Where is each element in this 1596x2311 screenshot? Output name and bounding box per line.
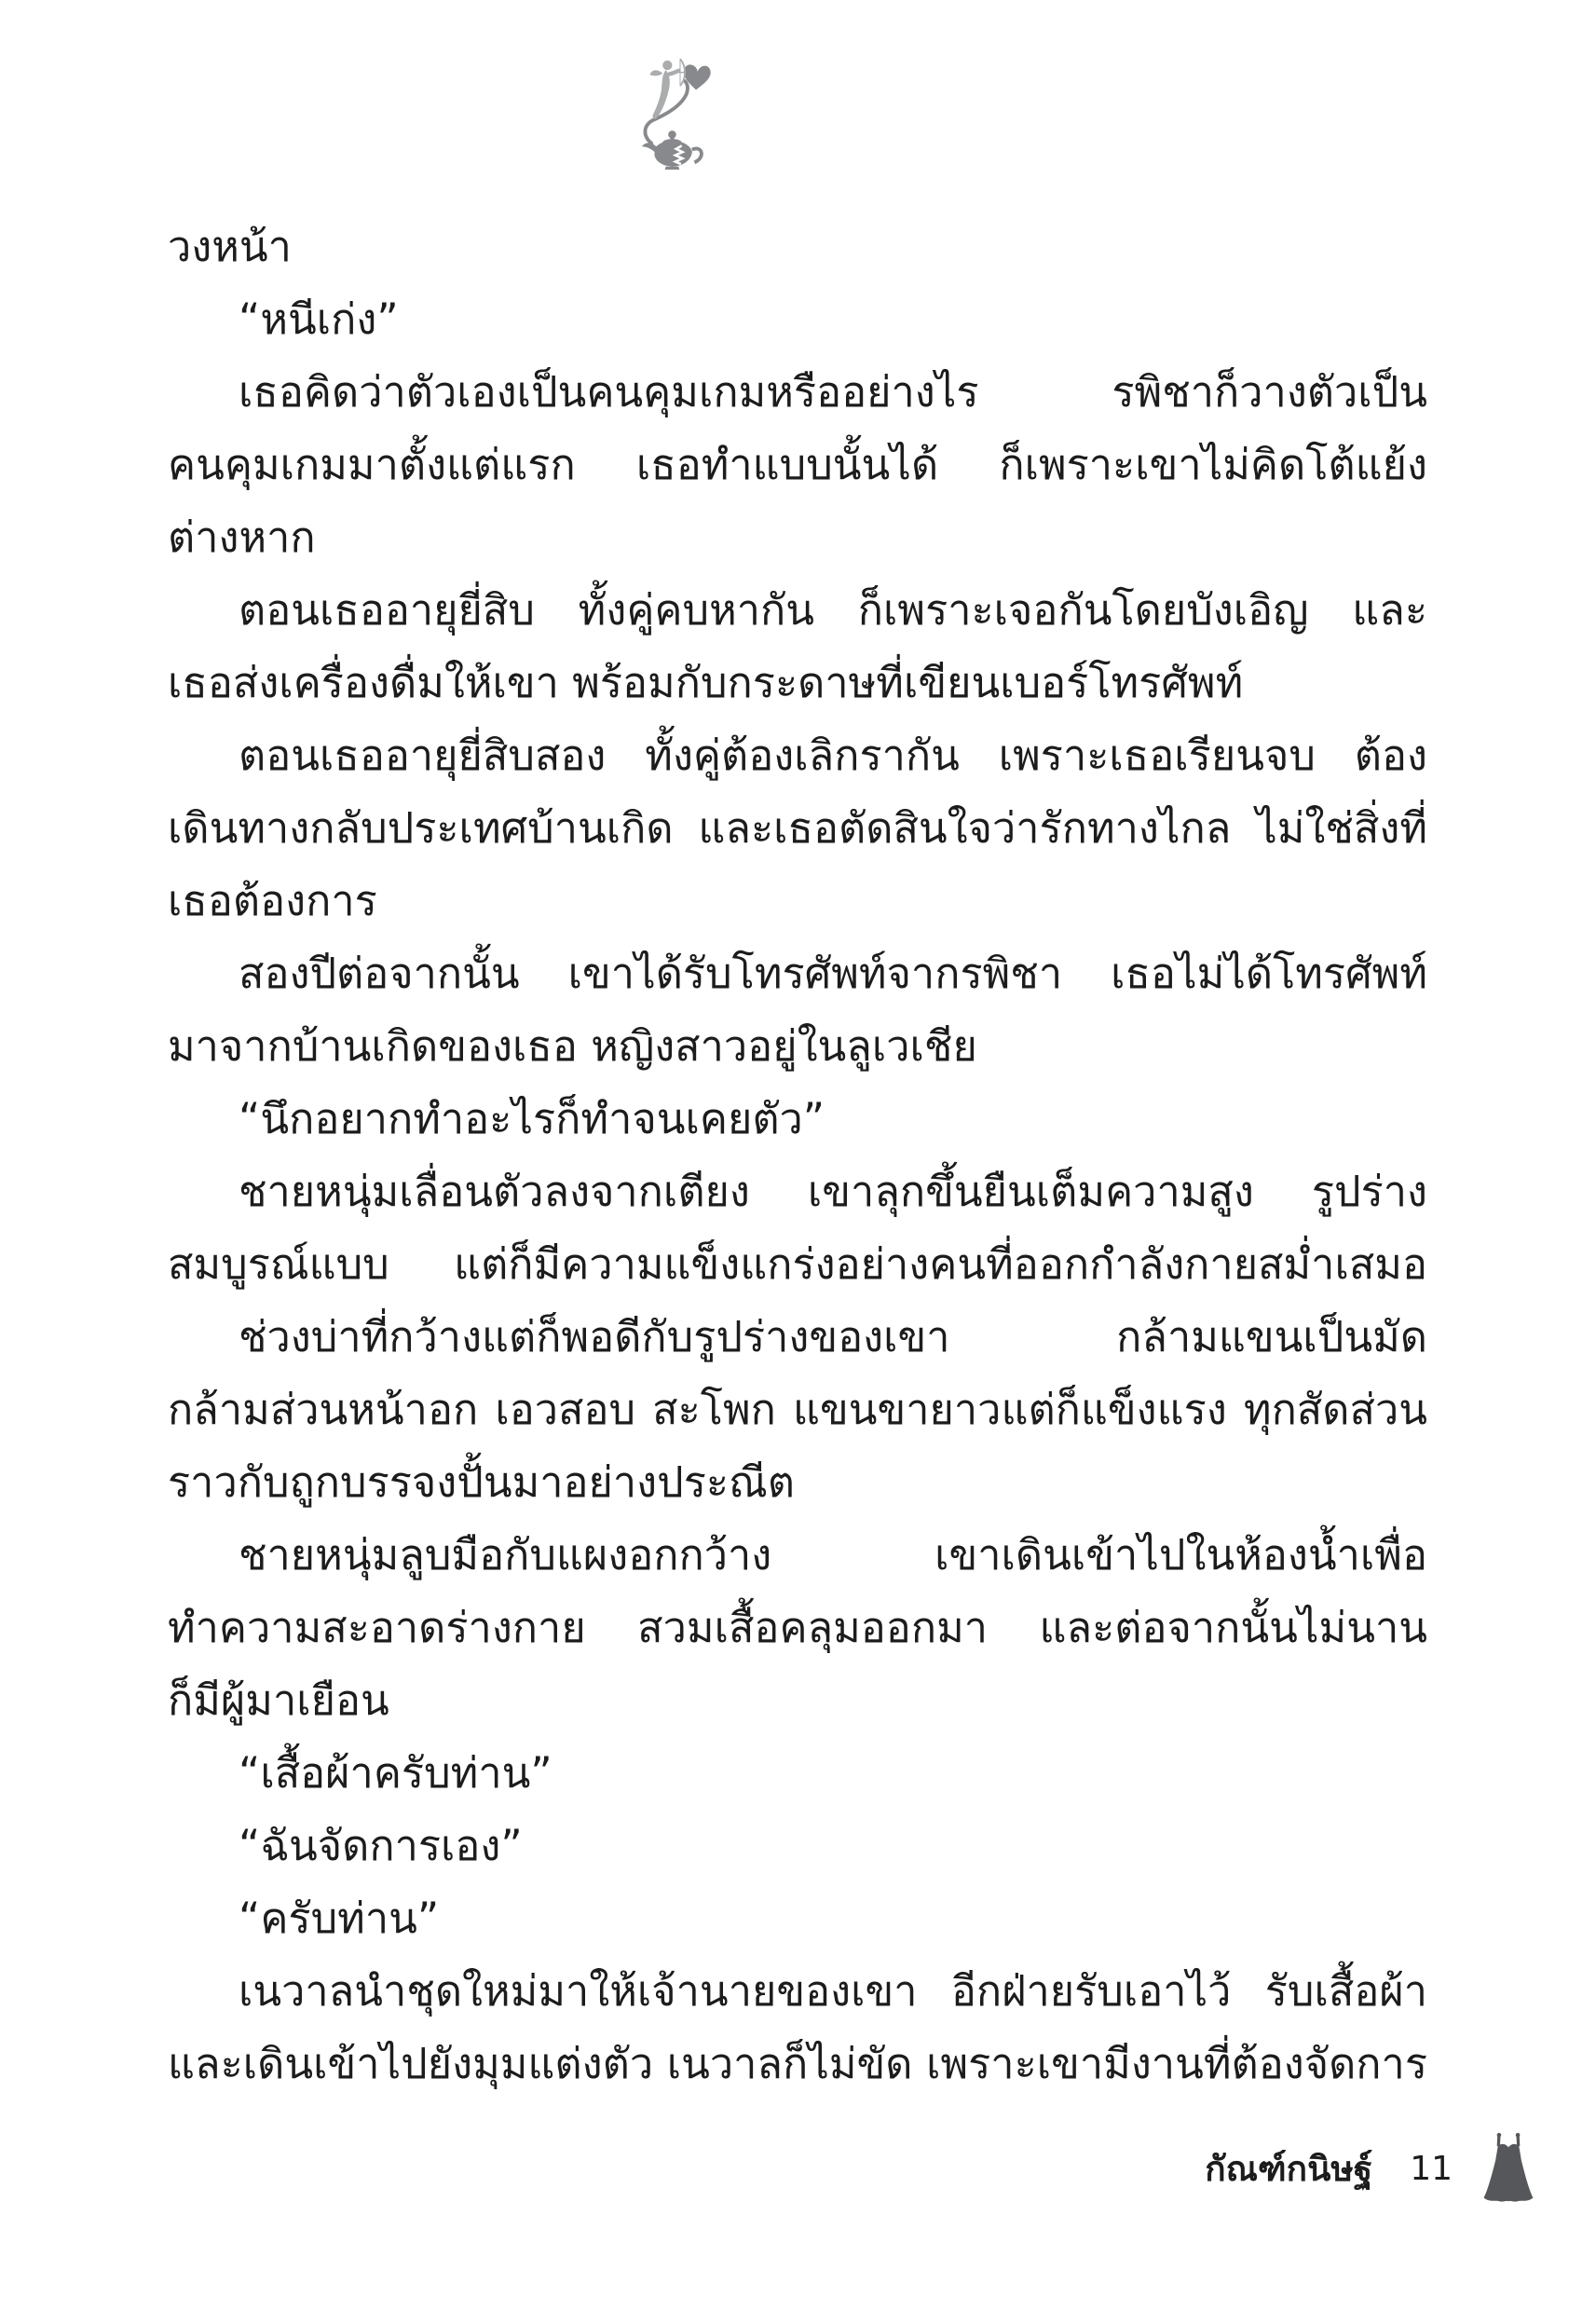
text-line: ตอนเธออายุยี่สิบ ทั้งคู่คบหากัน ก็เพราะเ… — [168, 574, 1427, 647]
text-line: ก็มีผู้มาเยือน — [168, 1664, 1427, 1737]
dress-icon — [1482, 2132, 1535, 2205]
book-title: กัณฑ์กนิษฐ์ — [1205, 2141, 1372, 2196]
text-line: “หนีเก่ง” — [168, 283, 1427, 356]
text-line: สมบูรณ์แบบ แต่ก็มีความแข็งแกร่งอย่างคนที… — [168, 1228, 1427, 1301]
text-line: ชายหนุ่มเลื่อนตัวลงจากเตียง เขาลุกขึ้นยื… — [168, 1155, 1427, 1228]
page-text: วงหน้า“หนีเก่ง”เธอคิดว่าตัวเองเป็นคนคุมเ… — [168, 211, 1427, 2100]
text-line: วงหน้า — [168, 211, 1427, 283]
page-footer: กัณฑ์กนิษฐ์ 11 — [1205, 2132, 1535, 2205]
text-line: เธอส่งเครื่องดื่มให้เขา พร้อมกับกระดาษที… — [168, 647, 1427, 719]
text-line: คนคุมเกมมาตั้งแต่แรก เธอทำแบบนั้นได้ ก็เ… — [168, 429, 1427, 501]
cupid-fairy-icon — [650, 59, 686, 118]
text-line: เดินทางกลับประเทศบ้านเกิด และเธอตัดสินใจ… — [168, 792, 1427, 865]
text-line: “ฉันจัดการเอง” — [168, 1810, 1427, 1882]
book-page: วงหน้า“หนีเก่ง”เธอคิดว่าตัวเองเป็นคนคุมเ… — [0, 0, 1596, 2311]
text-line: ราวกับถูกบรรจงปั้นมาอย่างประณีต — [168, 1446, 1427, 1519]
text-line: และเดินเข้าไปยังมุมแต่งตัว เนวาลก็ไม่ขัด… — [168, 2028, 1427, 2100]
genie-lamp-icon — [642, 130, 702, 170]
text-line: ตอนเธออายุยี่สิบสอง ทั้งคู่ต้องเลิกรากัน… — [168, 719, 1427, 792]
text-line: มาจากบ้านเกิดของเธอ หญิงสาวอยู่ในลูเวเชี… — [168, 1010, 1427, 1083]
text-line: “เสื้อผ้าครับท่าน” — [168, 1737, 1427, 1810]
text-line: “ครับท่าน” — [168, 1882, 1427, 1955]
page-number: 11 — [1410, 2150, 1453, 2188]
text-line: ชายหนุ่มลูบมือกับแผงอกกว้าง เขาเดินเข้าไ… — [168, 1519, 1427, 1592]
text-line: สองปีต่อจากนั้น เขาได้รับโทรศัพท์จากรพิช… — [168, 937, 1427, 1010]
text-line: เนวาลนำชุดใหม่มาให้เจ้านายของเขา อีกฝ่าย… — [168, 1955, 1427, 2028]
text-line: กล้ามส่วนหน้าอก เอวสอบ สะโพก แขนขายาวแต่… — [168, 1374, 1427, 1446]
text-line: ต่างหาก — [168, 501, 1427, 574]
text-line: เธอคิดว่าตัวเองเป็นคนคุมเกมหรืออย่างไร ร… — [168, 356, 1427, 429]
text-line: ทำความสะอาดร่างกาย สวมเสื้อคลุมออกมา และ… — [168, 1592, 1427, 1664]
text-line: เธอต้องการ — [168, 865, 1427, 937]
text-line: “นึกอยากทำอะไรก็ทำจนเคยตัว” — [168, 1083, 1427, 1155]
text-line: ช่วงบ่าที่กว้างแต่ก็พอดีกับรูปร่างของเขา… — [168, 1301, 1427, 1374]
genie-lamp-cupid-ornament — [639, 54, 721, 170]
